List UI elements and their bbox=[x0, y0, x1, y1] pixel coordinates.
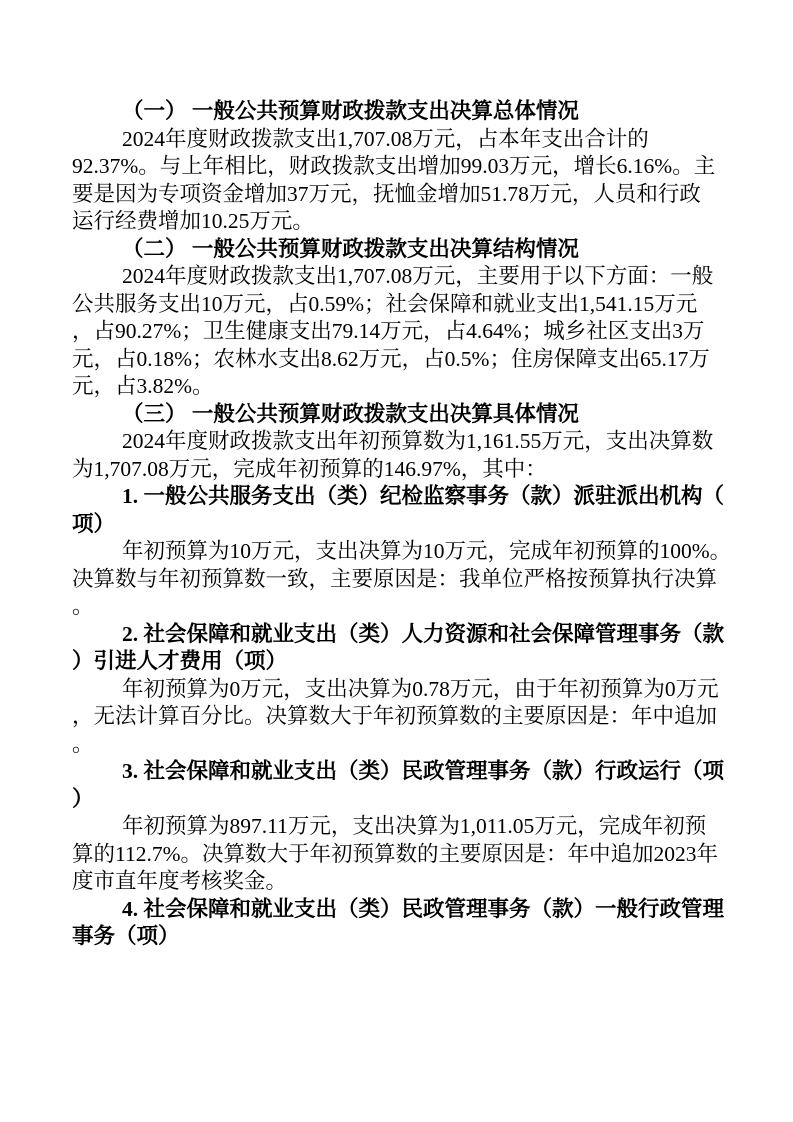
text-line: 算的112.7%。决算数大于年初预算数的主要原因是：年中追加2023年 bbox=[72, 841, 793, 869]
text-line: 2. 社会保障和就业支出（类）人力资源和社会保障管理事务（款 bbox=[72, 621, 793, 649]
text-line: ） bbox=[72, 786, 793, 814]
text-line: 年初预算为0万元，支出决算为0.78万元，由于年初预算为0万元 bbox=[72, 676, 793, 704]
text-line: 1. 一般公共服务支出（类）纪检监察事务（款）派驻派出机构（ bbox=[72, 483, 793, 511]
text-line: 2024年度财政拨款支出1,707.08万元，占本年支出合计的 bbox=[72, 126, 793, 154]
text-line: （三） 一般公共预算财政拨款支出决算具体情况 bbox=[72, 401, 793, 429]
text-line: （二） 一般公共预算财政拨款支出决算结构情况 bbox=[72, 236, 793, 264]
document-page: （一） 一般公共预算财政拨款支出决算总体情况2024年度财政拨款支出1,707.… bbox=[0, 0, 793, 1122]
text-line: 2024年度财政拨款支出年初预算数为1,161.55万元，支出决算数 bbox=[72, 428, 793, 456]
paragraph: 2024年度财政拨款支出1,707.08万元，占本年支出合计的92.37%。与上… bbox=[72, 126, 793, 236]
text-line: 。 bbox=[72, 593, 793, 621]
text-line: 公共服务支出10万元，占0.59%；社会保障和就业支出1,541.15万元 bbox=[72, 291, 793, 319]
section-heading: （一） 一般公共预算财政拨款支出决算总体情况 bbox=[72, 98, 793, 126]
text-line: 4. 社会保障和就业支出（类）民政管理事务（款）一般行政管理 bbox=[72, 896, 793, 924]
text-line: 年初预算为10万元，支出决算为10万元，完成年初预算的100%。 bbox=[72, 538, 793, 566]
text-line: 92.37%。与上年相比，财政拨款支出增加99.03万元，增长6.16%。主 bbox=[72, 153, 793, 181]
text-line: 度市直年度考核奖金。 bbox=[72, 868, 793, 896]
paragraph: 2024年度财政拨款支出1,707.08万元，主要用于以下方面：一般公共服务支出… bbox=[72, 263, 793, 401]
text-line: 3. 社会保障和就业支出（类）民政管理事务（款）行政运行（项 bbox=[72, 758, 793, 786]
text-line: 事务（项） bbox=[72, 923, 793, 951]
text-line: 。 bbox=[72, 731, 793, 759]
text-line: （一） 一般公共预算财政拨款支出决算总体情况 bbox=[72, 98, 793, 126]
text-line: ）引进人才费用（项） bbox=[72, 648, 793, 676]
paragraph: 年初预算为0万元，支出决算为0.78万元，由于年初预算为0万元，无法计算百分比。… bbox=[72, 676, 793, 759]
paragraph: 2024年度财政拨款支出年初预算数为1,161.55万元，支出决算数为1,707… bbox=[72, 428, 793, 483]
text-line: 为1,707.08万元，完成年初预算的146.97%，其中： bbox=[72, 456, 793, 484]
text-line: 要是因为专项资金增加37万元，抚恤金增加51.78万元，人员和行政 bbox=[72, 181, 793, 209]
paragraph: 年初预算为10万元，支出决算为10万元，完成年初预算的100%。决算数与年初预算… bbox=[72, 538, 793, 621]
text-line: 项） bbox=[72, 511, 793, 539]
text-line: 运行经费增加10.25万元。 bbox=[72, 208, 793, 236]
text-line: 2024年度财政拨款支出1,707.08万元，主要用于以下方面：一般 bbox=[72, 263, 793, 291]
subsection-heading: 3. 社会保障和就业支出（类）民政管理事务（款）行政运行（项） bbox=[72, 758, 793, 813]
section-heading: （三） 一般公共预算财政拨款支出决算具体情况 bbox=[72, 401, 793, 429]
subsection-heading: 4. 社会保障和就业支出（类）民政管理事务（款）一般行政管理事务（项） bbox=[72, 896, 793, 951]
paragraph: 年初预算为897.11万元，支出决算为1,011.05万元，完成年初预算的112… bbox=[72, 813, 793, 896]
text-line: ，占90.27%；卫生健康支出79.14万元，占4.64%；城乡社区支出3万 bbox=[72, 318, 793, 346]
text-line: 年初预算为897.11万元，支出决算为1,011.05万元，完成年初预 bbox=[72, 813, 793, 841]
section-heading: （二） 一般公共预算财政拨款支出决算结构情况 bbox=[72, 236, 793, 264]
text-line: ，无法计算百分比。决算数大于年初预算数的主要原因是：年中追加 bbox=[72, 703, 793, 731]
subsection-heading: 2. 社会保障和就业支出（类）人力资源和社会保障管理事务（款）引进人才费用（项） bbox=[72, 621, 793, 676]
text-line: 元，占0.18%；农林水支出8.62万元，占0.5%；住房保障支出65.17万 bbox=[72, 346, 793, 374]
text-line: 元，占3.82%。 bbox=[72, 373, 793, 401]
subsection-heading: 1. 一般公共服务支出（类）纪检监察事务（款）派驻派出机构（项） bbox=[72, 483, 793, 538]
text-line: 决算数与年初预算数一致，主要原因是：我单位严格按预算执行决算 bbox=[72, 566, 793, 594]
